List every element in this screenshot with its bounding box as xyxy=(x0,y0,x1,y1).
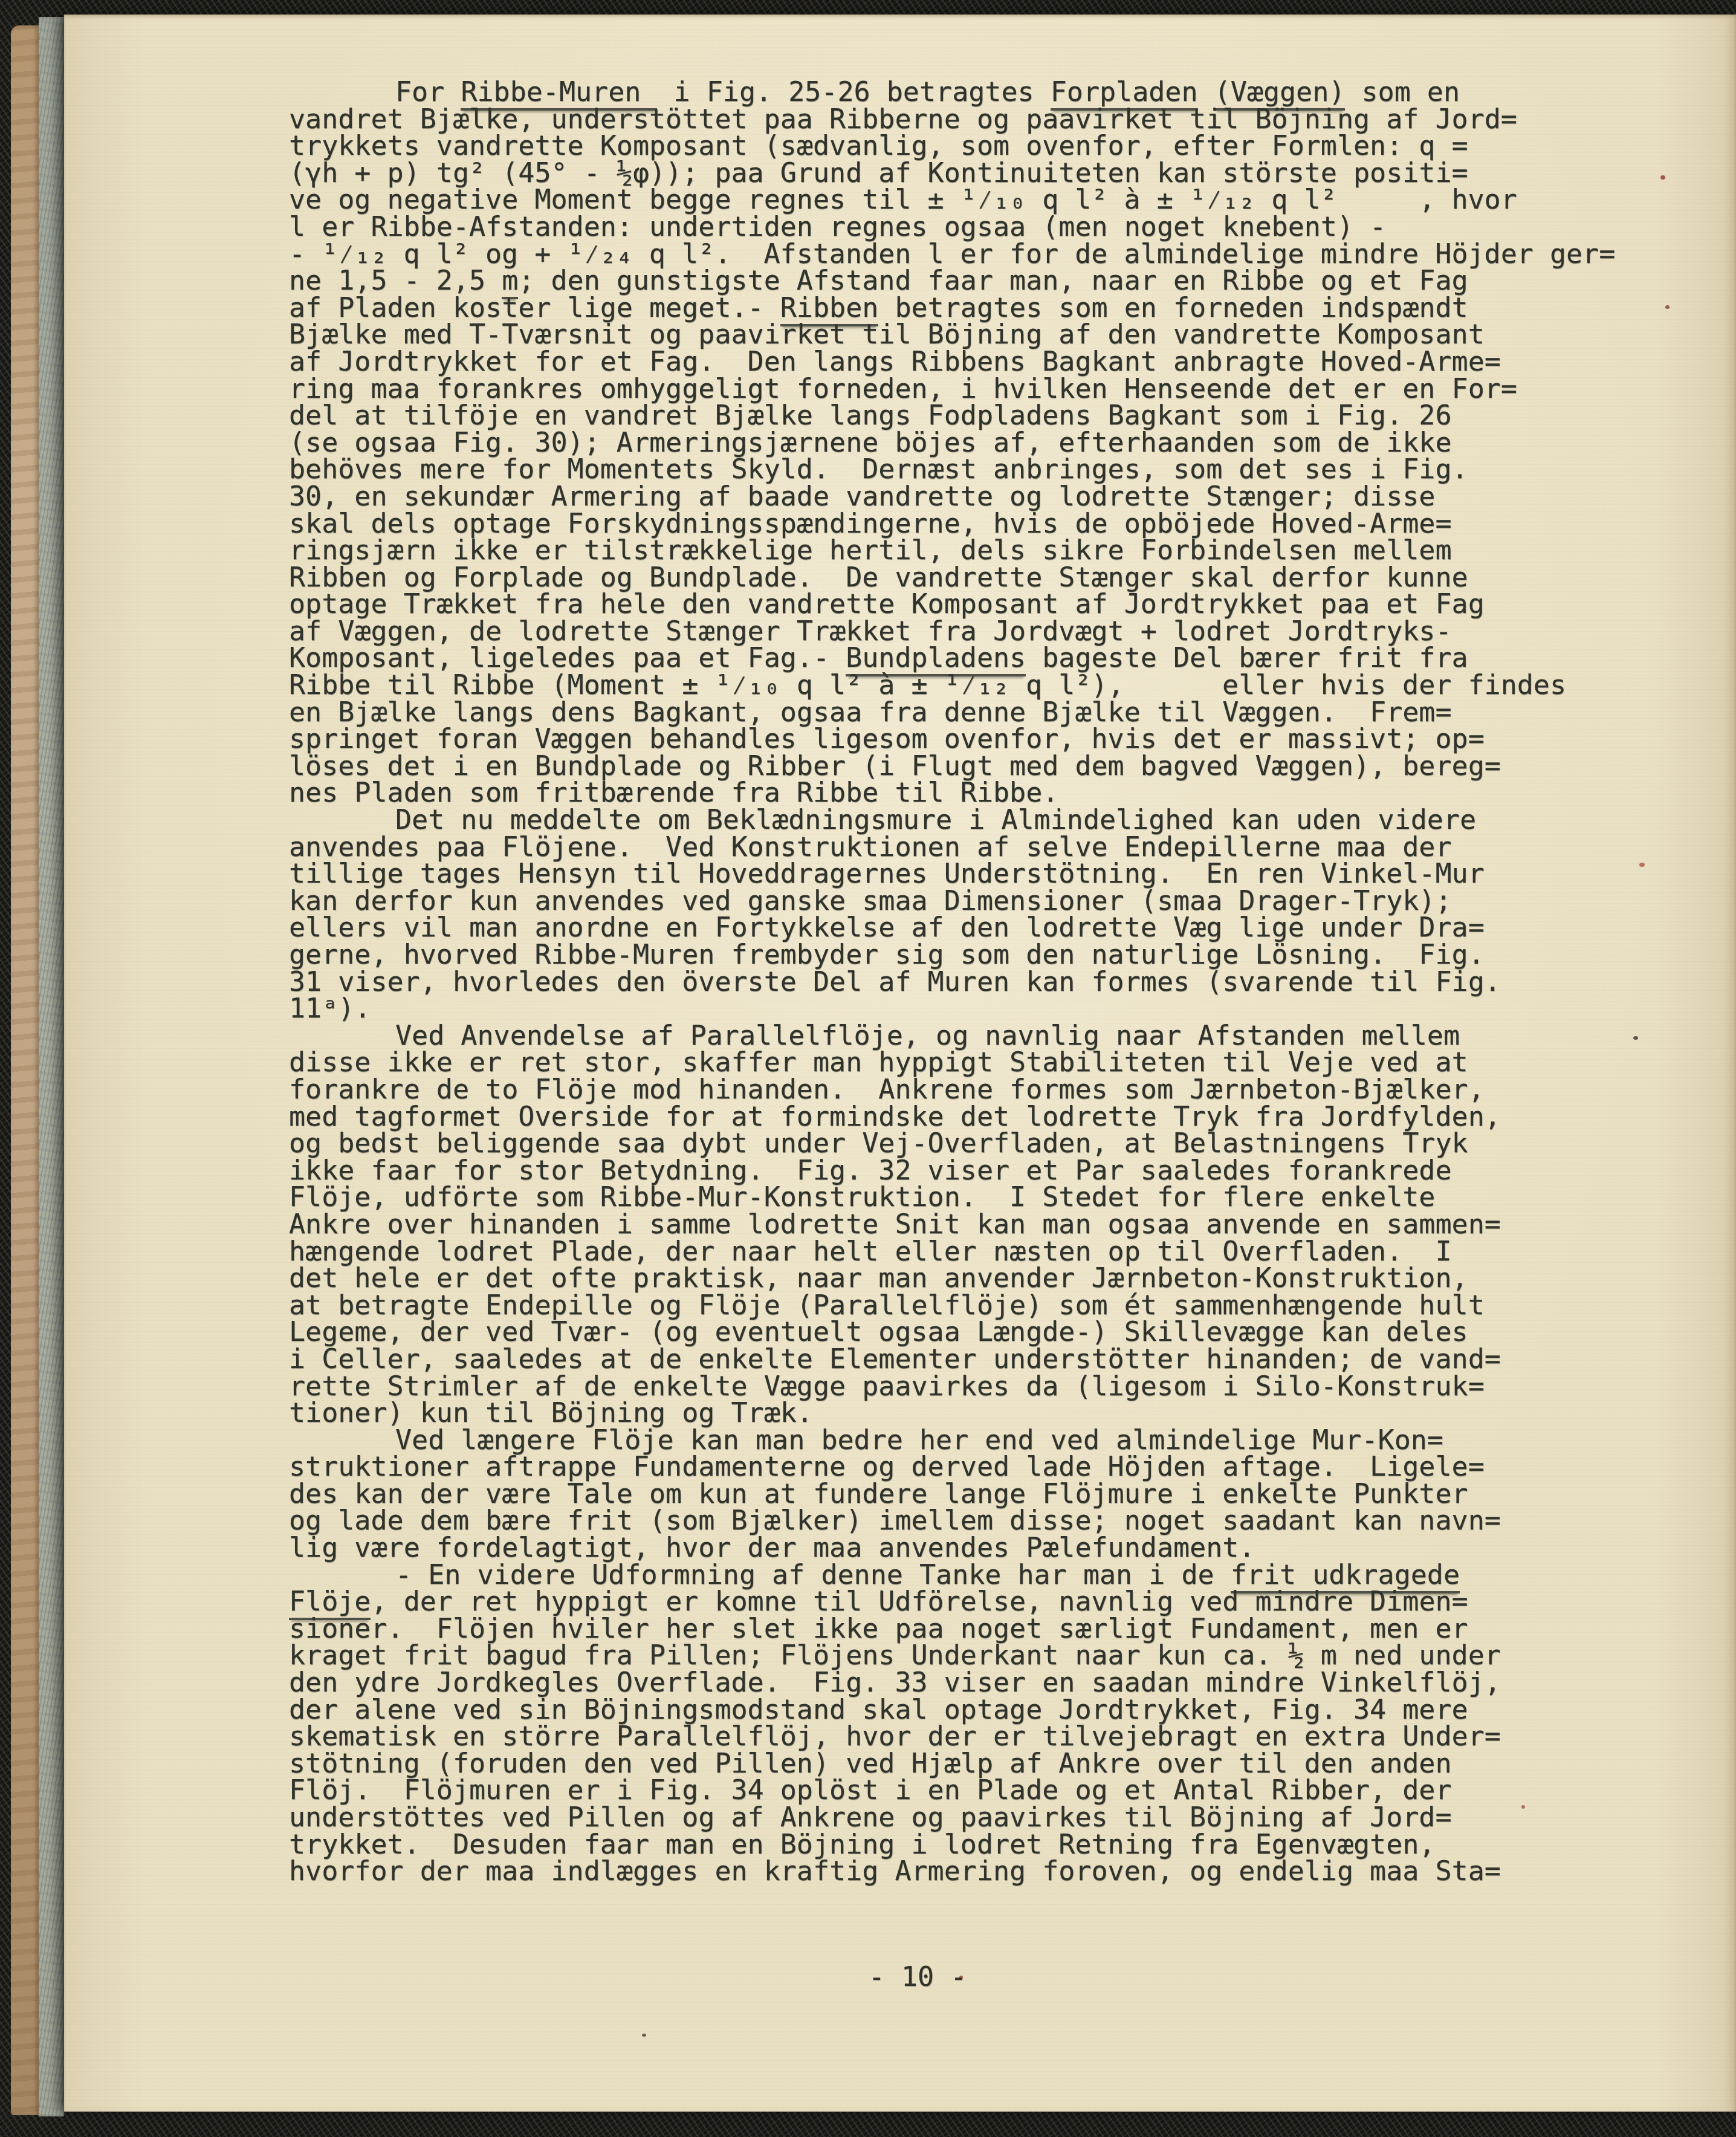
text-line: ve og negative Moment begge regnes til ±… xyxy=(289,186,1564,213)
text-line: med tagformet Overside for at formindske… xyxy=(289,1103,1564,1130)
text-line: behöves mere for Momentets Skyld. Dernæs… xyxy=(289,456,1564,483)
text-line: der alene ved sin Böjningsmodstand skal … xyxy=(289,1696,1564,1724)
paper-speck xyxy=(1633,1036,1638,1040)
text-line: lig være fordelagtigt, hvor der maa anve… xyxy=(289,1534,1564,1561)
text-line: af Jordtrykket for et Fag. Den langs Rib… xyxy=(289,348,1564,375)
text-line: 11ᵃ). xyxy=(289,995,1564,1022)
text-line: Legeme, der ved Tvær- (og eventuelt ogsa… xyxy=(289,1318,1564,1346)
text-line: forankre de to Flöje mod hinanden. Ankre… xyxy=(289,1076,1564,1103)
text-line: Bjælke med T-Tværsnit og paavirket til B… xyxy=(289,321,1564,348)
text-line: kraget frit bagud fra Pillen; Flöjens Un… xyxy=(289,1642,1564,1669)
text-line: kan derfor kun anvendes ved ganske smaa … xyxy=(289,887,1564,915)
text-line: springet foran Væggen behandles ligesom … xyxy=(289,725,1564,753)
text-line: ikke faar for stor Betydning. Fig. 32 vi… xyxy=(289,1157,1564,1184)
text-line: optage Trækket fra hele den vandrette Ko… xyxy=(289,591,1564,618)
book-page-edge-marbled xyxy=(39,17,64,2116)
text-line: nes Pladen som fritbærende fra Ribbe til… xyxy=(289,779,1564,806)
text-line: ne 1,5 - 2,5 m; den gunstigste Afstand f… xyxy=(289,267,1564,294)
text-line: Komposant, ligeledes paa et Fag.- Bundpl… xyxy=(289,644,1564,672)
text-line: Det nu meddelte om Beklædningsmure i Alm… xyxy=(289,806,1564,834)
text-line: trykket. Desuden faar man en Böjning i l… xyxy=(289,1831,1564,1858)
text-line: Ribben og Forplade og Bundplade. De vand… xyxy=(289,564,1564,591)
text-line: For Ribbe-Muren i Fig. 25-26 betragtes F… xyxy=(289,79,1564,106)
text-line: det hele er det ofte praktisk, naar man … xyxy=(289,1265,1564,1292)
text-line: rette Strimler af de enkelte Vægge paavi… xyxy=(289,1373,1564,1400)
text-line: trykkets vandrette Komposant (sædvanlig,… xyxy=(289,132,1564,160)
text-line: skematisk en större Parallelflöj, hvor d… xyxy=(289,1723,1564,1750)
text-line: struktioner aftrappe Fundamenterne og de… xyxy=(289,1453,1564,1480)
text-line: des kan der være Tale om kun at fundere … xyxy=(289,1480,1564,1508)
text-line: tioner) kun til Böjning og Træk. xyxy=(289,1399,1564,1427)
text-line: Flöje, udförte som Ribbe-Mur-Konstruktio… xyxy=(289,1184,1564,1211)
text-line: den ydre Jordkegles Overflade. Fig. 33 v… xyxy=(289,1669,1564,1696)
text-line: i Celler, saaledes at de enkelte Element… xyxy=(289,1346,1564,1373)
text-line: anvendes paa Flöjene. Ved Konstruktionen… xyxy=(289,834,1564,861)
paper-speck xyxy=(1639,863,1645,867)
text-line: löses det i en Bundplade og Ribber (i Fl… xyxy=(289,753,1564,780)
text-block: For Ribbe-Muren i Fig. 25-26 betragtes F… xyxy=(289,79,1564,1885)
text-line: del at tilföje en vandret Bjælke langs F… xyxy=(289,402,1564,429)
text-line: af Pladen koster lige meget.- Ribben bet… xyxy=(289,294,1564,322)
text-line: 30, en sekundær Armering af baade vandre… xyxy=(289,483,1564,510)
text-line: Ved længere Flöje kan man bedre her end … xyxy=(289,1427,1564,1454)
text-line: ringsjærn ikke er tilstrækkelige hertil,… xyxy=(289,537,1564,564)
text-line: hængende lodret Plade, der naar helt ell… xyxy=(289,1238,1564,1265)
text-line: vandret Bjælke, understöttet paa Ribbern… xyxy=(289,106,1564,133)
text-line: ellers vil man anordne en Fortykkelse af… xyxy=(289,914,1564,941)
text-line: Flöj. Flöjmuren er i Fig. 34 oplöst i en… xyxy=(289,1777,1564,1804)
text-line: tillige tages Hensyn til Hoveddragernes … xyxy=(289,860,1564,887)
text-line: Ribbe til Ribbe (Moment ± ¹⁄₁₀ q l² à ± … xyxy=(289,672,1564,699)
paper-speck xyxy=(1660,175,1665,180)
text-line: sioner. Flöjen hviler her slet ikke paa … xyxy=(289,1615,1564,1642)
text-line: og bedst beliggende saa dybt under Vej-O… xyxy=(289,1130,1564,1157)
text-line: l er Ribbe-Afstanden: undertiden regnes … xyxy=(289,213,1564,241)
text-line: (se ogsaa Fig. 30); Armeringsjærnene böj… xyxy=(289,429,1564,456)
text-line: Ved Anvendelse af Parallelflöje, og navn… xyxy=(289,1022,1564,1049)
book-page-edge-brown xyxy=(11,25,39,2115)
text-line: Flöje, der ret hyppigt er komne til Udfö… xyxy=(289,1588,1564,1615)
text-line: (γh + p) tg² (45° - ½φ)); paa Grund af K… xyxy=(289,160,1564,187)
paper-speck xyxy=(642,2034,646,2037)
text-line: ring maa forankres omhyggeligt forneden,… xyxy=(289,375,1564,403)
text-line: understöttes ved Pillen og af Ankrene og… xyxy=(289,1804,1564,1831)
text-line: stötning (foruden den ved Pillen) ved Hj… xyxy=(289,1750,1564,1777)
text-line: af Væggen, de lodrette Stænger Trækket f… xyxy=(289,618,1564,645)
text-line: - ¹⁄₁₂ q l² og + ¹⁄₂₄ q l². Afstanden l … xyxy=(289,241,1564,268)
page-number: - 10 - xyxy=(289,1960,1546,1993)
text-line: Ankre over hinanden i samme lodrette Sni… xyxy=(289,1211,1564,1238)
text-line: - En videre Udformning af denne Tanke ha… xyxy=(289,1561,1564,1589)
text-line: disse ikke er ret stor, skaffer man hypp… xyxy=(289,1049,1564,1076)
text-line: hvorfor der maa indlægges en kraftig Arm… xyxy=(289,1858,1564,1885)
text-line: at betragte Endepille og Flöje (Parallel… xyxy=(289,1292,1564,1319)
text-line: skal dels optage Forskydningsspændingern… xyxy=(289,510,1564,537)
text-line: en Bjælke langs dens Bagkant, ogsaa fra … xyxy=(289,699,1564,726)
text-line: gerne, hvorved Ribbe-Muren frembyder sig… xyxy=(289,941,1564,968)
text-line: og lade dem bære frit (som Bjælker) imel… xyxy=(289,1507,1564,1534)
paper-speck xyxy=(1665,305,1670,309)
text-line: 31 viser, hvorledes den överste Del af M… xyxy=(289,968,1564,996)
